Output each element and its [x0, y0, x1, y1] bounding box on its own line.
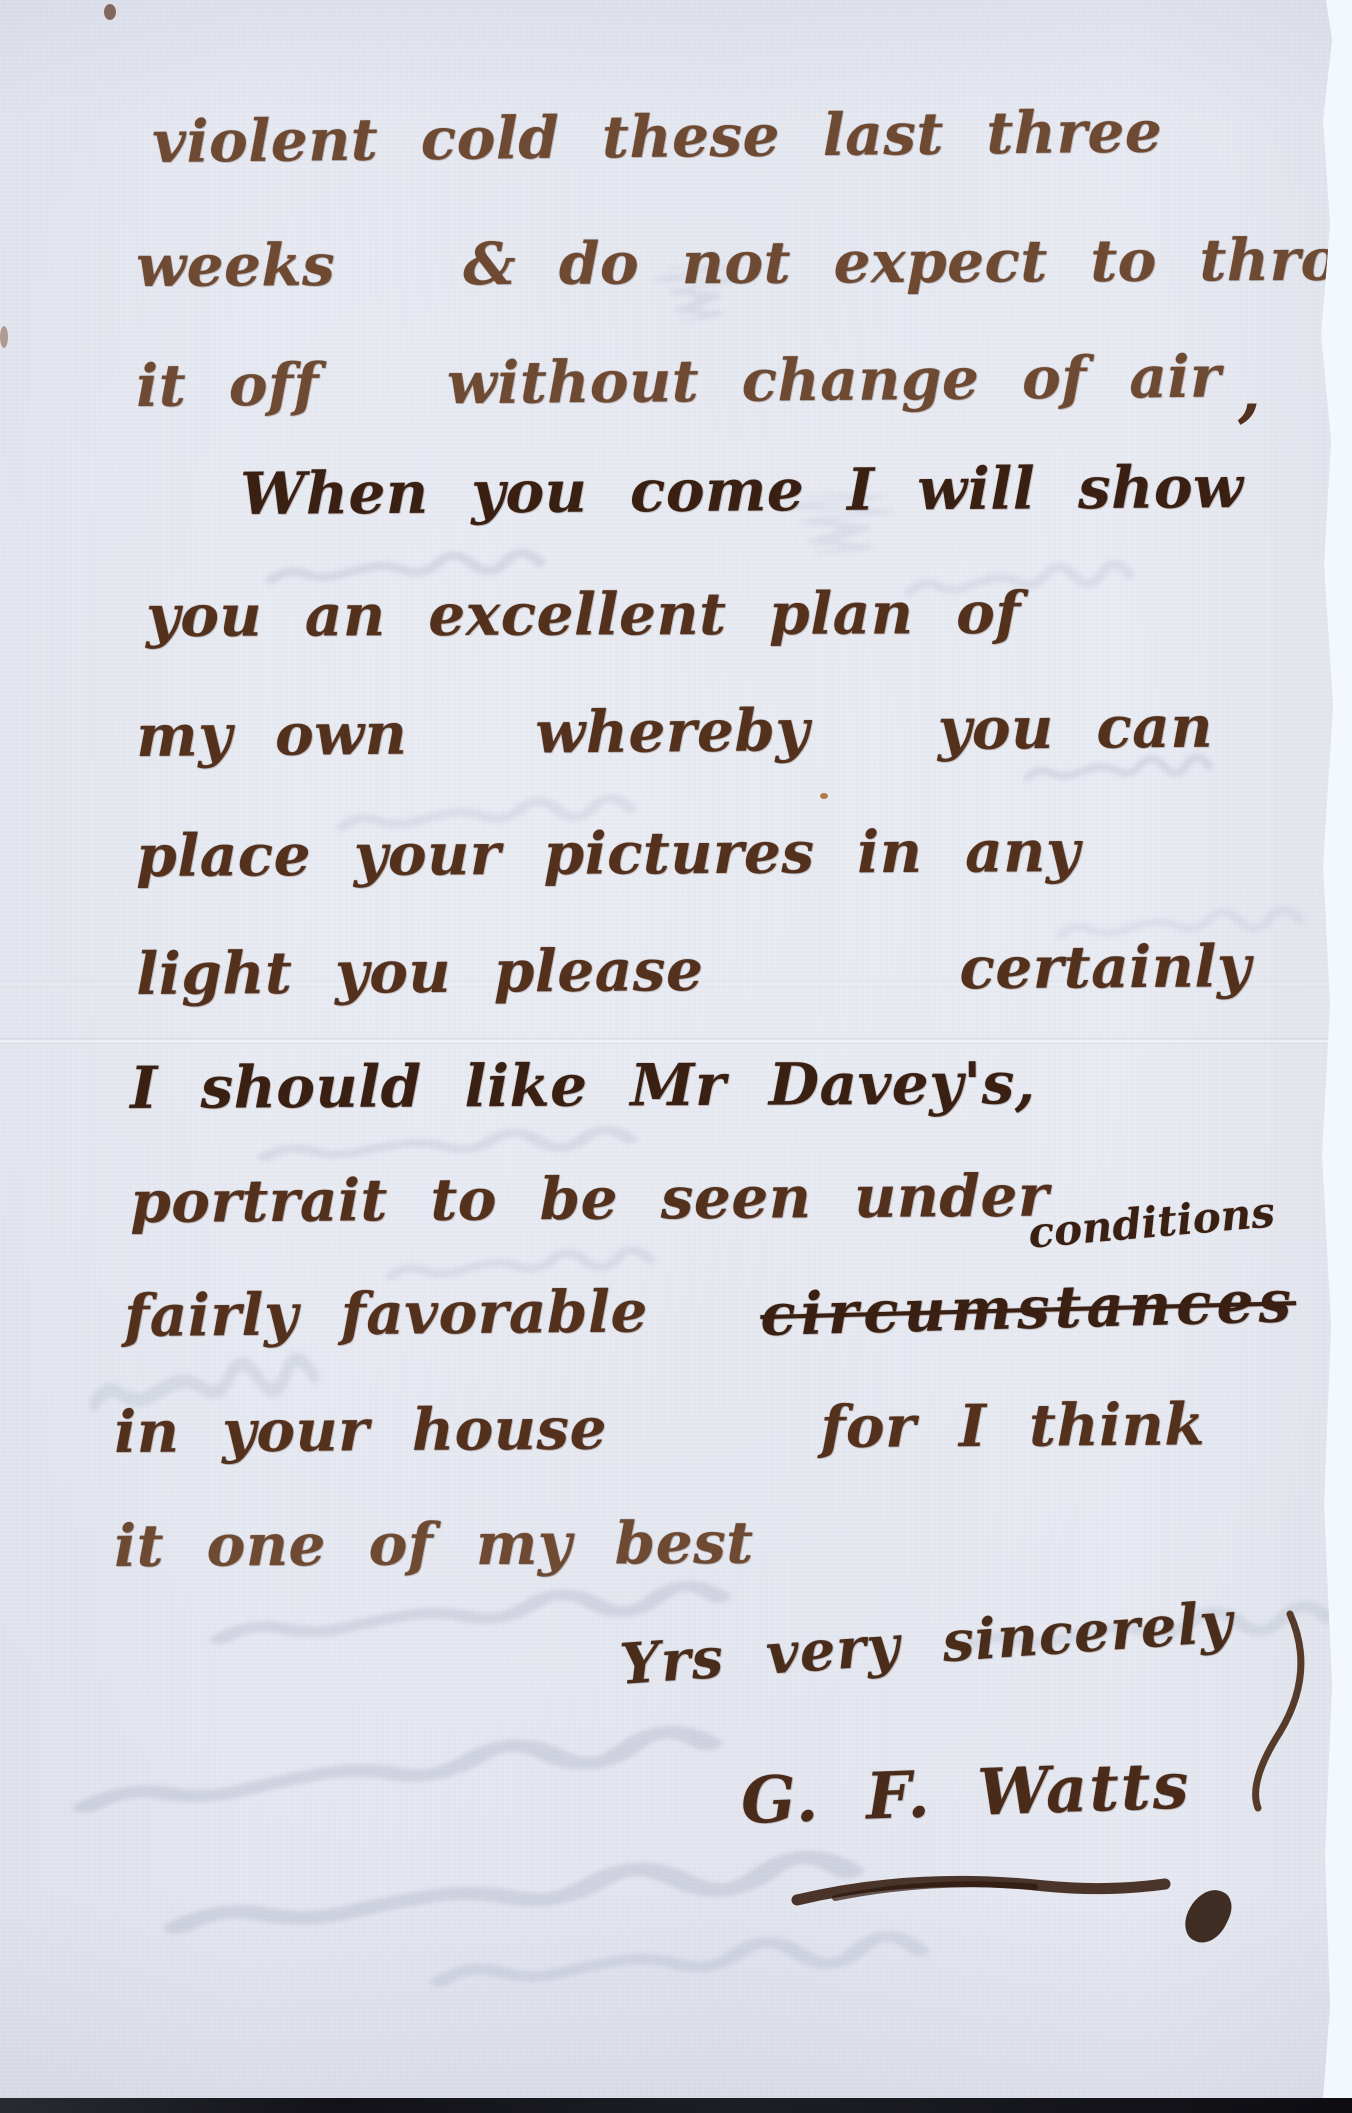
ghost-writing — [418, 1911, 922, 2026]
handwriting-line: I should like Mr Davey's, — [130, 1053, 1036, 1119]
handwriting-line-with-strikethrough: fairly favorable circumstances — [124, 1276, 1297, 1347]
handwriting-line: my own whereby you can — [136, 697, 1213, 767]
handwriting-line: it off without change of air — [136, 347, 1221, 417]
ink-blot — [1178, 1882, 1237, 1949]
letter-scan: violent cold these last three weeks & do… — [0, 0, 1352, 2113]
ink-speck — [104, 4, 116, 20]
handwriting-line: violent cold these last three — [152, 101, 1163, 172]
fold-crease-main — [0, 1038, 1336, 1044]
ghost-writing — [147, 1828, 852, 1977]
scan-bottom-edge-shadow — [0, 2098, 1352, 2113]
handwriting-line: portrait to be seen under — [130, 1166, 1049, 1233]
handwriting-line: place your pictures in any — [136, 821, 1080, 887]
valediction-flourish-stroke — [1240, 1612, 1310, 1812]
handwriting-segment: fairly favorable — [124, 1277, 691, 1350]
handwriting-line: it one of my best — [114, 1513, 754, 1577]
paper-speck — [820, 793, 828, 799]
inserted-correction-word: conditions — [1026, 1187, 1276, 1257]
signature-underline-flourish — [795, 1872, 1170, 1912]
ghost-writing — [58, 1704, 713, 1852]
handwriting-line: you an excellent plan of — [146, 583, 1021, 647]
struck-out-word: circumstances — [760, 1271, 1297, 1346]
handwriting-line: weeks & do not expect to throw — [136, 229, 1352, 296]
signature: G. F. Watts — [740, 1752, 1192, 1835]
ink-speck — [0, 326, 8, 348]
handwriting-line: light you please certainly — [136, 936, 1251, 1005]
handwriting-line: in your house for I think — [114, 1394, 1205, 1463]
handwriting-comma: , — [1238, 352, 1261, 430]
letter-page: violent cold these last three weeks & do… — [0, 0, 1336, 2099]
handwriting-line: When you come I will show — [240, 457, 1244, 525]
valediction: Yrs very sincerely — [618, 1593, 1235, 1695]
